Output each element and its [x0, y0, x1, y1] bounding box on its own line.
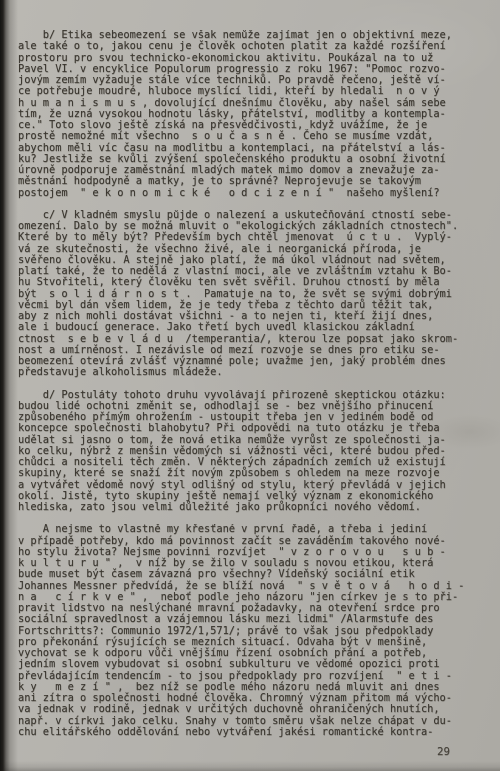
paragraph-closing-christian-subculture: A nejsme to vlastně my křesťané v první … — [18, 524, 494, 738]
paragraph-b-ethics-of-self-limitation: b/ Etika sebeomezení se však nemůže zají… — [18, 30, 494, 199]
scan-edge-shadow-bottom — [0, 761, 500, 771]
scanned-document-page: b/ Etika sebeomezení se však nemůže zají… — [0, 0, 500, 771]
paragraph-c-ecological-virtues: c/ V kladném smyslu půjde o nalezení a u… — [18, 210, 494, 379]
page-number: 29 — [437, 745, 450, 758]
scan-edge-shadow-left — [0, 0, 18, 771]
paragraph-d-skeptical-question: d/ Postuláty tohoto druhu vyvolávají při… — [18, 390, 494, 514]
typewritten-text-block: b/ Etika sebeomezení se však nemůže zají… — [18, 30, 494, 738]
